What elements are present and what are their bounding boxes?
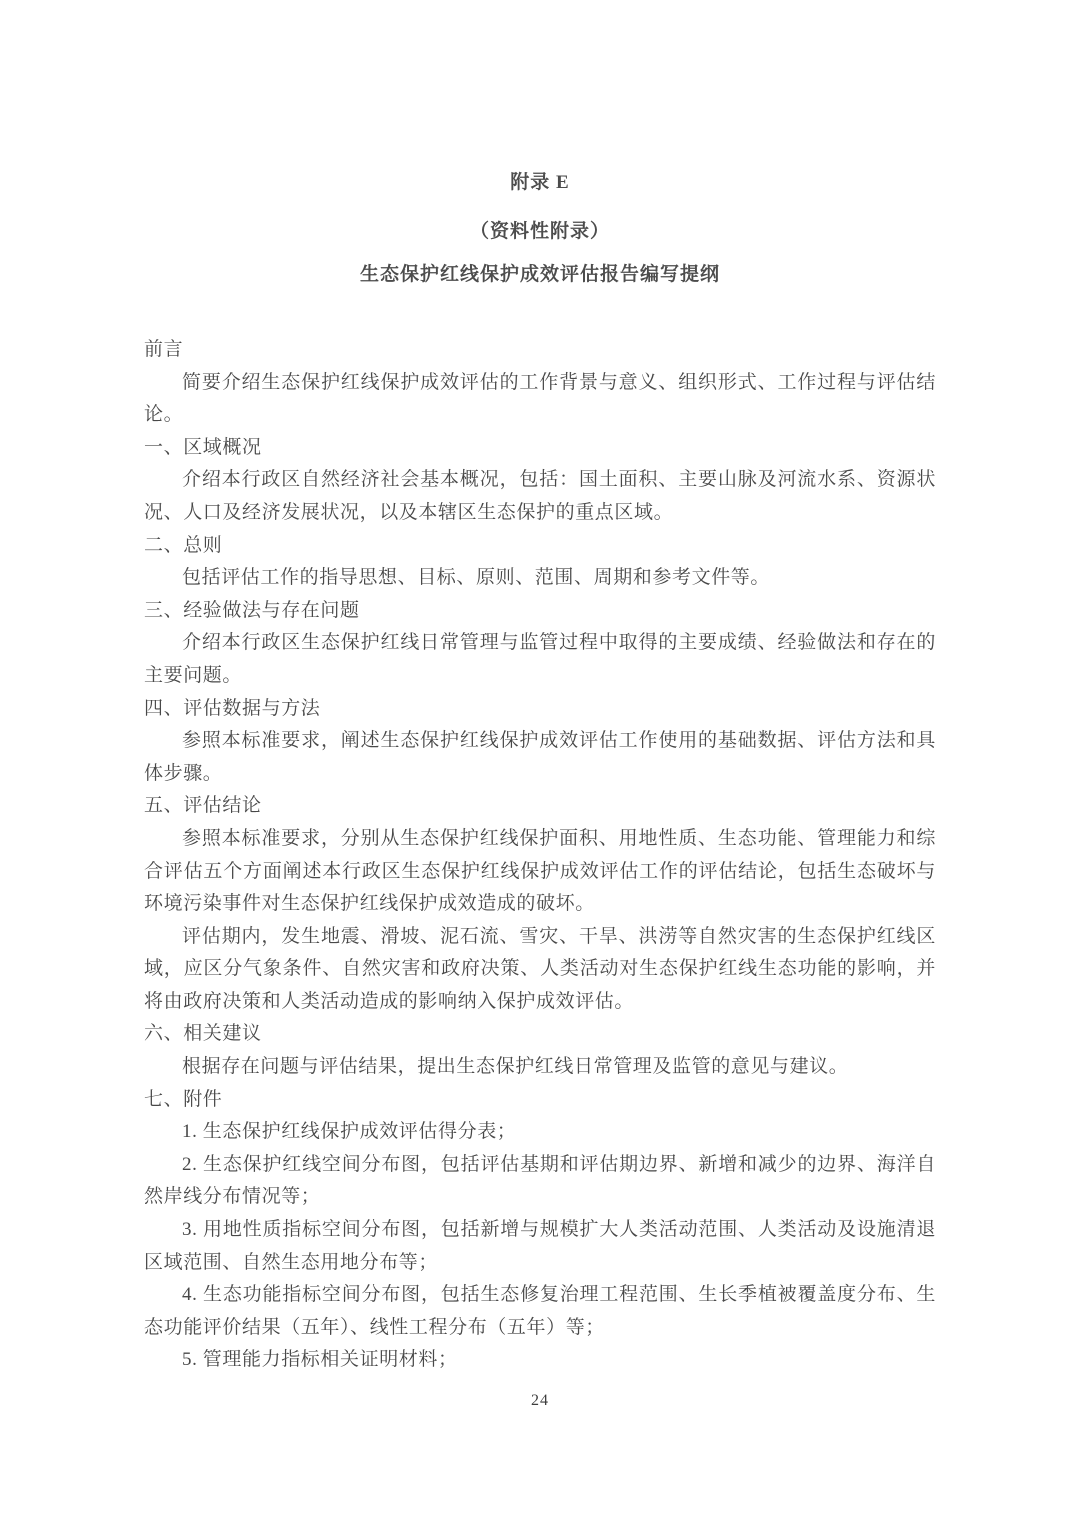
attachment-list-item: 2. 生态保护红线空间分布图，包括评估基期和评估期边界、新增和减少的边界、海洋自… bbox=[144, 1149, 936, 1214]
appendix-label: 附录 E bbox=[0, 170, 1080, 196]
section-heading: 一、区域概况 bbox=[144, 432, 936, 465]
paragraph: 包括评估工作的指导思想、目标、原则、范围、周期和参考文件等。 bbox=[144, 562, 936, 595]
section-heading: 三、经验做法与存在问题 bbox=[144, 595, 936, 628]
document-body: 前言简要介绍生态保护红线保护成效评估的工作背景与意义、组织形式、工作过程与评估结… bbox=[144, 334, 936, 1377]
attachment-list-item: 4. 生态功能指标空间分布图，包括生态修复治理工程范围、生长季植被覆盖度分布、生… bbox=[144, 1279, 936, 1344]
appendix-header: 附录 E （资料性附录） 生态保护红线保护成效评估报告编写提纲 bbox=[0, 0, 1080, 288]
section-heading: 前言 bbox=[144, 334, 936, 367]
document-page: 附录 E （资料性附录） 生态保护红线保护成效评估报告编写提纲 前言简要介绍生态… bbox=[0, 0, 1080, 1527]
document-title: 生态保护红线保护成效评估报告编写提纲 bbox=[0, 262, 1080, 288]
page-number: 24 bbox=[531, 1392, 549, 1409]
section-heading: 四、评估数据与方法 bbox=[144, 693, 936, 726]
attachment-list-item: 1. 生态保护红线保护成效评估得分表； bbox=[144, 1116, 936, 1149]
paragraph: 参照本标准要求，阐述生态保护红线保护成效评估工作使用的基础数据、评估方法和具体步… bbox=[144, 725, 936, 790]
paragraph: 介绍本行政区生态保护红线日常管理与监管过程中取得的主要成绩、经验做法和存在的主要… bbox=[144, 627, 936, 692]
paragraph: 根据存在问题与评估结果，提出生态保护红线日常管理及监管的意见与建议。 bbox=[144, 1051, 936, 1084]
section-heading: 七、附件 bbox=[144, 1084, 936, 1117]
appendix-type-label: （资料性附录） bbox=[0, 219, 1080, 245]
paragraph: 介绍本行政区自然经济社会基本概况，包括：国土面积、主要山脉及河流水系、资源状况、… bbox=[144, 464, 936, 529]
attachment-list-item: 3. 用地性质指标空间分布图，包括新增与规模扩大人类活动范围、人类活动及设施清退… bbox=[144, 1214, 936, 1279]
paragraph: 简要介绍生态保护红线保护成效评估的工作背景与意义、组织形式、工作过程与评估结论。 bbox=[144, 367, 936, 432]
paragraph: 参照本标准要求，分别从生态保护红线保护面积、用地性质、生态功能、管理能力和综合评… bbox=[144, 823, 936, 921]
paragraph: 评估期内，发生地震、滑坡、泥石流、雪灾、干旱、洪涝等自然灾害的生态保护红线区域，… bbox=[144, 921, 936, 1019]
page-footer: 24 bbox=[0, 1392, 1080, 1410]
section-heading: 六、相关建议 bbox=[144, 1018, 936, 1051]
section-heading: 二、总则 bbox=[144, 530, 936, 563]
section-heading: 五、评估结论 bbox=[144, 790, 936, 823]
attachment-list-item: 5. 管理能力指标相关证明材料； bbox=[144, 1344, 936, 1377]
